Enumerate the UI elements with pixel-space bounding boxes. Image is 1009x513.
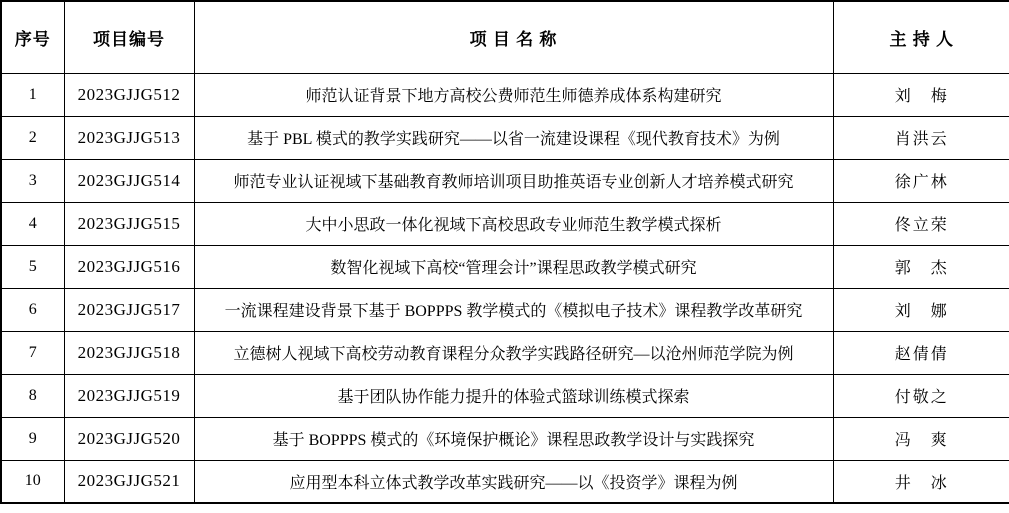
project-name-cell: 基于 PBL 模式的教学实践研究——以省一流建设课程《现代教育技术》为例 [194, 116, 833, 159]
project-name-cell: 数智化视域下高校“管理会计”课程思政教学模式研究 [194, 245, 833, 288]
row-index-cell: 7 [1, 331, 64, 374]
project-code-cell: 2023GJJG512 [64, 73, 194, 116]
project-code-cell: 2023GJJG520 [64, 417, 194, 460]
leader-cell: 徐广林 [833, 159, 1009, 202]
project-list-table: 序号 项目编号 项 目 名 称 主 持 人 12023GJJG512师范认证背景… [0, 0, 1009, 504]
table-row: 72023GJJG518立德树人视域下高校劳动教育课程分众教学实践路径研究—以沧… [1, 331, 1009, 374]
project-name-cell: 基于 BOPPPS 模式的《环境保护概论》课程思政教学设计与实践探究 [194, 417, 833, 460]
leader-cell: 刘 娜 [833, 288, 1009, 331]
table-row: 12023GJJG512师范认证背景下地方高校公费师范生师德养成体系构建研究刘 … [1, 73, 1009, 116]
table-row: 22023GJJG513基于 PBL 模式的教学实践研究——以省一流建设课程《现… [1, 116, 1009, 159]
row-index-cell: 9 [1, 417, 64, 460]
table-row: 82023GJJG519基于团队协作能力提升的体验式篮球训练模式探索付敬之 [1, 374, 1009, 417]
leader-cell: 郭 杰 [833, 245, 1009, 288]
leader-cell: 佟立荣 [833, 202, 1009, 245]
table-row: 62023GJJG517一流课程建设背景下基于 BOPPPS 教学模式的《模拟电… [1, 288, 1009, 331]
project-name-cell: 立德树人视域下高校劳动教育课程分众教学实践路径研究—以沧州师范学院为例 [194, 331, 833, 374]
row-index-cell: 2 [1, 116, 64, 159]
table-header: 序号 项目编号 项 目 名 称 主 持 人 [1, 1, 1009, 73]
table-row: 92023GJJG520基于 BOPPPS 模式的《环境保护概论》课程思政教学设… [1, 417, 1009, 460]
leader-cell: 冯 爽 [833, 417, 1009, 460]
header-code: 项目编号 [64, 1, 194, 73]
table-row: 32023GJJG514师范专业认证视域下基础教育教师培训项目助推英语专业创新人… [1, 159, 1009, 202]
row-index-cell: 5 [1, 245, 64, 288]
project-code-cell: 2023GJJG517 [64, 288, 194, 331]
leader-cell: 刘 梅 [833, 73, 1009, 116]
table-row: 52023GJJG516数智化视域下高校“管理会计”课程思政教学模式研究郭 杰 [1, 245, 1009, 288]
table-row: 102023GJJG521应用型本科立体式教学改革实践研究——以《投资学》课程为… [1, 460, 1009, 503]
header-leader: 主 持 人 [833, 1, 1009, 73]
project-name-cell: 大中小思政一体化视域下高校思政专业师范生教学模式探析 [194, 202, 833, 245]
table-body: 12023GJJG512师范认证背景下地方高校公费师范生师德养成体系构建研究刘 … [1, 73, 1009, 503]
leader-cell: 付敬之 [833, 374, 1009, 417]
leader-cell: 肖洪云 [833, 116, 1009, 159]
header-index: 序号 [1, 1, 64, 73]
project-code-cell: 2023GJJG513 [64, 116, 194, 159]
table-row: 42023GJJG515大中小思政一体化视域下高校思政专业师范生教学模式探析佟立… [1, 202, 1009, 245]
row-index-cell: 8 [1, 374, 64, 417]
project-name-cell: 一流课程建设背景下基于 BOPPPS 教学模式的《模拟电子技术》课程教学改革研究 [194, 288, 833, 331]
project-code-cell: 2023GJJG516 [64, 245, 194, 288]
row-index-cell: 1 [1, 73, 64, 116]
project-code-cell: 2023GJJG519 [64, 374, 194, 417]
row-index-cell: 10 [1, 460, 64, 503]
row-index-cell: 3 [1, 159, 64, 202]
project-name-cell: 基于团队协作能力提升的体验式篮球训练模式探索 [194, 374, 833, 417]
project-code-cell: 2023GJJG514 [64, 159, 194, 202]
project-code-cell: 2023GJJG518 [64, 331, 194, 374]
row-index-cell: 6 [1, 288, 64, 331]
header-row: 序号 项目编号 项 目 名 称 主 持 人 [1, 1, 1009, 73]
project-code-cell: 2023GJJG521 [64, 460, 194, 503]
row-index-cell: 4 [1, 202, 64, 245]
project-name-cell: 应用型本科立体式教学改革实践研究——以《投资学》课程为例 [194, 460, 833, 503]
leader-cell: 井 冰 [833, 460, 1009, 503]
project-code-cell: 2023GJJG515 [64, 202, 194, 245]
project-name-cell: 师范认证背景下地方高校公费师范生师德养成体系构建研究 [194, 73, 833, 116]
leader-cell: 赵倩倩 [833, 331, 1009, 374]
project-name-cell: 师范专业认证视域下基础教育教师培训项目助推英语专业创新人才培养模式研究 [194, 159, 833, 202]
header-name: 项 目 名 称 [194, 1, 833, 73]
